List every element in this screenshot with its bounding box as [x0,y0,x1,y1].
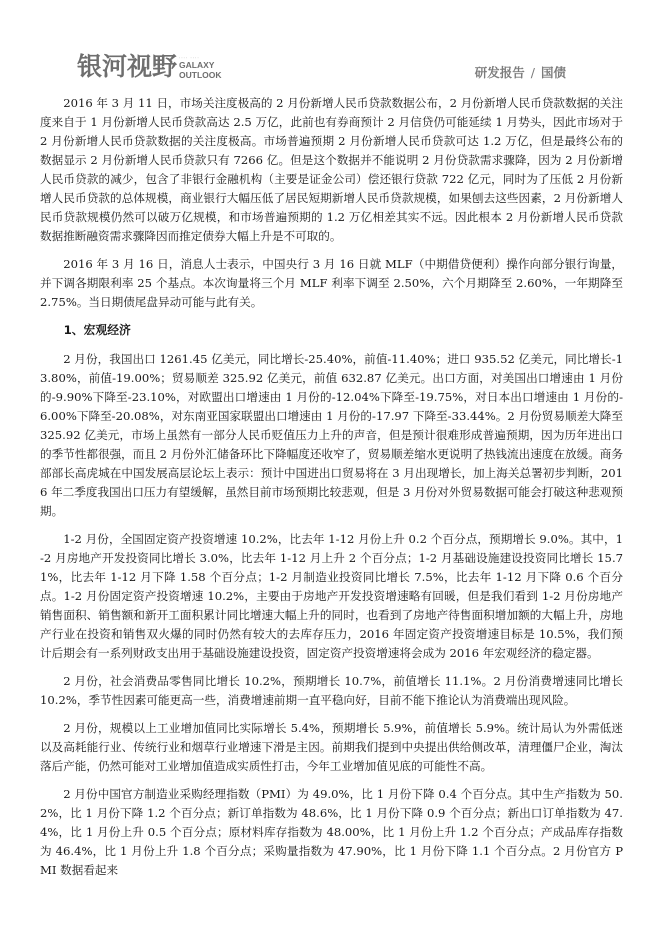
page-header: 银河视野 ···· ···· GALAXY OUTLOOK 研发报告/国债 [0,0,662,92]
logo-chinese-text: 银河视野 [77,52,177,82]
paragraph-trade: 2 月份，我国出口 1261.45 亿美元，同比增长-25.40%，前值-11.… [40,350,623,521]
paragraph-industrial: 2 月份，规模以上工业增加值同比实际增长 5.4%，预期增长 5.9%，前值增长… [40,719,623,776]
paragraph-mlf: 2016 年 3 月 16 日，消息人士表示，中国央行 3 月 16 日就 ML… [40,255,623,312]
logo-en-line1: GALAXY [179,60,222,70]
category-secondary: 国债 [541,65,566,80]
paragraph-loans: 2016 年 3 月 11 日，市场关注度极高的 2 月份新增人民币贷款数据公布… [40,94,623,246]
section-heading-macro: 1、宏观经济 [40,321,623,340]
paragraph-pmi: 2 月份中国官方制造业采购经理指数（PMI）为 49.0%，比 1 月份下降 0… [40,785,623,880]
document-body: 2016 年 3 月 11 日，市场关注度极高的 2 月份新增人民币贷款数据公布… [40,94,623,889]
category-primary: 研发报告 [475,65,525,80]
paragraph-fixed-investment: 1-2 月份，全国固定资产投资增速 10.2%，比去年 1-12 月份上升 0.… [40,530,623,663]
report-category: 研发报告/国债 [475,63,566,81]
category-separator: / [531,65,535,80]
logo-english-text: ···· ···· GALAXY OUTLOOK [179,55,222,80]
galaxy-outlook-logo: 银河视野 ···· ···· GALAXY OUTLOOK [77,50,222,82]
logo-en-line2: OUTLOOK [179,70,222,80]
paragraph-consumption: 2 月份，社会消费品零售同比增长 10.2%，预期增长 10.7%，前值增长 1… [40,672,623,710]
